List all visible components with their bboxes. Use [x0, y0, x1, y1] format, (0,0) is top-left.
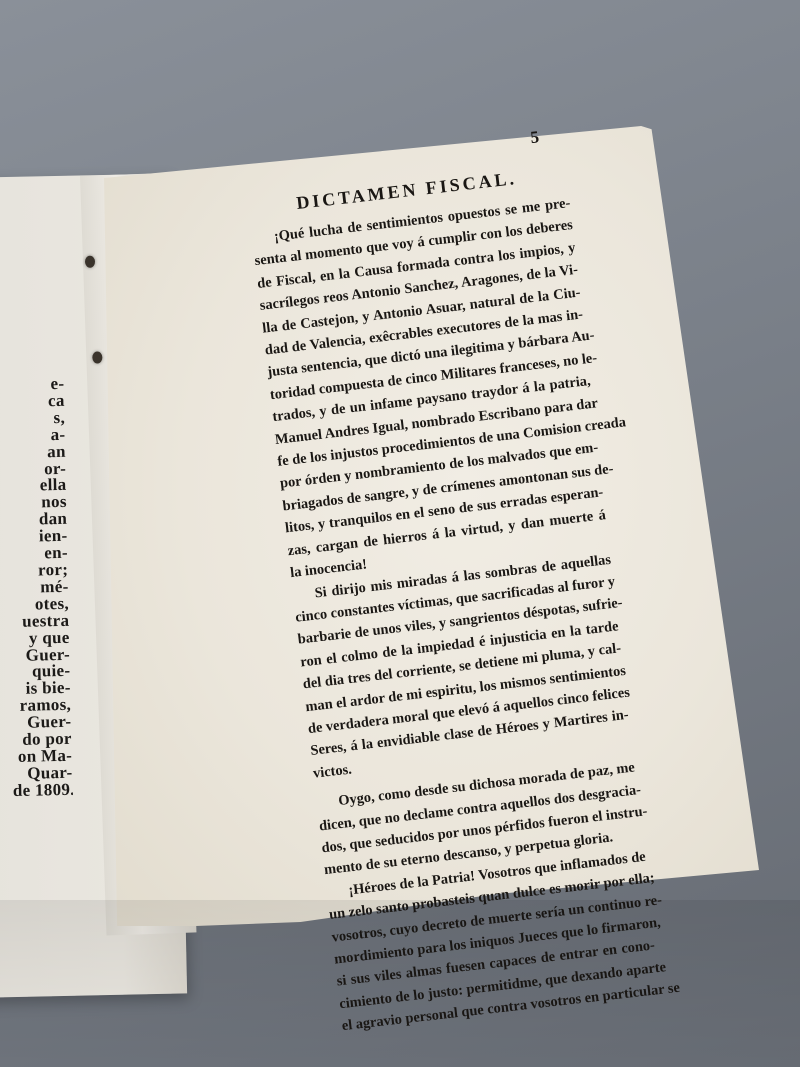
- left-text-fragment: ramos,: [11, 697, 71, 715]
- left-text-fragment: ca: [5, 393, 65, 411]
- left-text-fragment: or-: [6, 460, 66, 478]
- left-text-fragment: y que: [9, 629, 69, 647]
- left-text-fragment: de 1809.: [13, 782, 73, 800]
- left-text-fragment: uestra: [9, 612, 69, 630]
- stitch-hole: [85, 256, 95, 268]
- left-text-fragment: mé-: [8, 579, 68, 597]
- left-page-text-fragments: e-cas,a-anor-ellanosdanien-en-ror;mé-ote…: [4, 376, 73, 800]
- left-text-fragment: en-: [8, 545, 68, 563]
- left-text-fragment: s,: [5, 410, 65, 428]
- left-text-fragment: is bie-: [11, 680, 71, 698]
- photo-scene: e-cas,a-anor-ellanosdanien-en-ror;mé-ote…: [0, 0, 800, 1067]
- left-text-fragment: a-: [5, 427, 65, 445]
- left-text-fragment: on Ma-: [12, 748, 72, 766]
- left-text-fragment: otes,: [9, 596, 69, 614]
- left-text-fragment: ella: [6, 477, 66, 495]
- left-text-fragment: e-: [4, 376, 64, 394]
- left-text-fragment: Quar-: [12, 765, 72, 783]
- left-text-fragment: Guer-: [10, 646, 70, 664]
- left-text-fragment: an: [6, 443, 66, 461]
- left-text-fragment: dan: [7, 511, 67, 529]
- page-number: 5: [529, 127, 540, 148]
- left-text-fragment: Guer-: [11, 714, 71, 732]
- left-text-fragment: quie-: [10, 663, 70, 681]
- left-text-fragment: ror;: [8, 562, 68, 580]
- stitch-hole: [92, 351, 102, 363]
- left-text-fragment: do por: [12, 731, 72, 749]
- left-text-fragment: nos: [7, 494, 67, 512]
- left-text-fragment: ien-: [7, 528, 67, 546]
